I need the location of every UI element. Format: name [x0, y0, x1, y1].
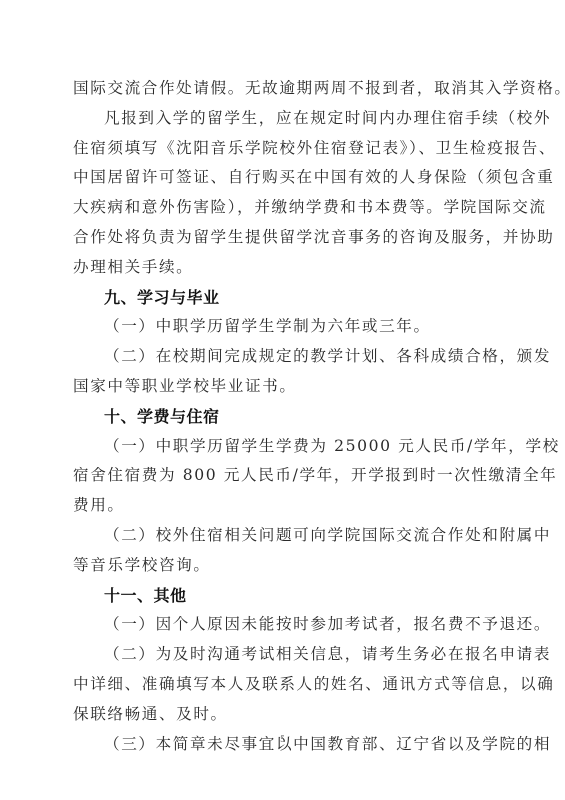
text-line: 中国居留许可签证、自行购买在中国有效的人身保险（须包含重: [73, 163, 496, 193]
text-line: 凡报到入学的留学生，应在规定时间内办理住宿手续（校外: [73, 104, 496, 134]
text-line: （二）校外住宿相关问题可向学院国际交流合作处和附属中: [73, 521, 496, 551]
section-heading-tuition-housing: 十、学费与住宿: [73, 402, 496, 432]
section-heading-study-graduation: 九、学习与毕业: [73, 283, 496, 313]
text-line: 办理相关手续。: [73, 253, 496, 283]
text-line: 宿舍住宿费为 800 元人民币/学年，开学报到时一次性缴清全年: [73, 461, 496, 491]
text-line: 住宿须填写《沈阳音乐学院校外住宿登记表》）、卫生检疫报告、: [73, 134, 496, 164]
text-line: （一）中职学历留学生学费为 25000 元人民币/学年，学校: [73, 432, 496, 462]
text-line: 国家中等职业学校毕业证书。: [73, 372, 496, 402]
text-line: （二）在校期间完成规定的教学计划、各科成绩合格，颁发: [73, 342, 496, 372]
text-line: 大疾病和意外伤害险），并缴纳学费和书本费等。学院国际交流: [73, 193, 496, 223]
text-line: （一）中职学历留学生学制为六年或三年。: [73, 312, 496, 342]
document-page: 国际交流合作处请假。无故逾期两周不报到者，取消其入学资格。 凡报到入学的留学生，…: [0, 0, 565, 800]
text-line: 合作处将负责为留学生提供留学沈音事务的咨询及服务，并协助: [73, 223, 496, 253]
document-body: 国际交流合作处请假。无故逾期两周不报到者，取消其入学资格。 凡报到入学的留学生，…: [73, 74, 496, 759]
text-line: （二）为及时沟通考试相关信息，请考生务必在报名申请表: [73, 640, 496, 670]
text-line: （一）因个人原因未能按时参加考试者，报名费不予退还。: [73, 610, 496, 640]
text-line: 中详细、准确填写本人及联系人的姓名、通讯方式等信息，以确: [73, 670, 496, 700]
text-line: 等音乐学校咨询。: [73, 551, 496, 581]
page-number: 5: [0, 734, 565, 744]
text-line: 费用。: [73, 491, 496, 521]
text-line: 保联络畅通、及时。: [73, 700, 496, 730]
section-heading-other: 十一、其他: [73, 581, 496, 611]
text-line: 国际交流合作处请假。无故逾期两周不报到者，取消其入学资格。: [73, 74, 496, 104]
